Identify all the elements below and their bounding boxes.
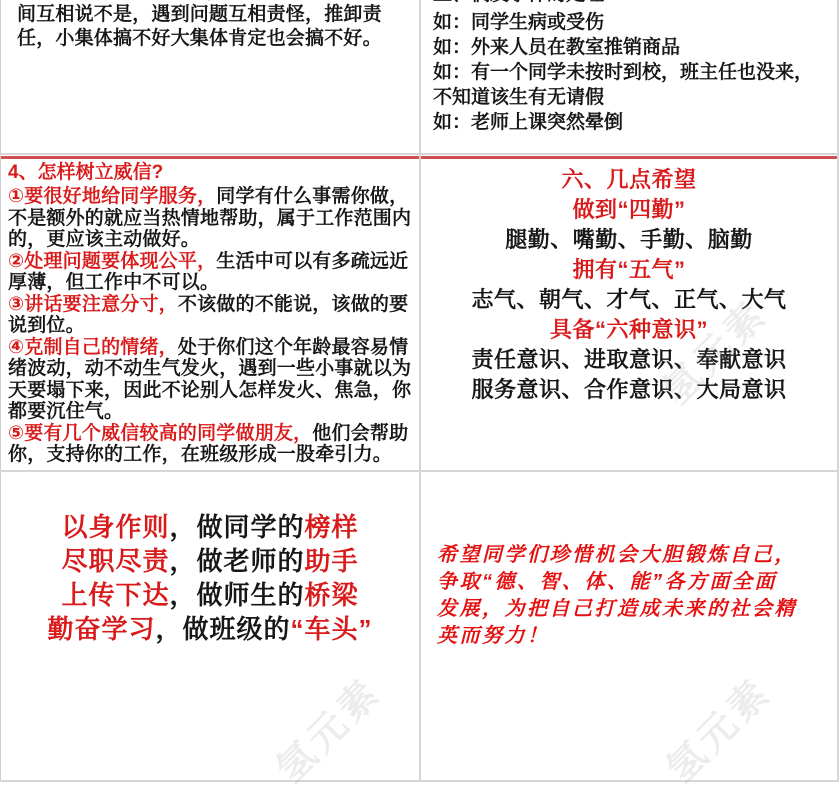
motto-line: 以身作则，做同学的榜样: [1, 510, 419, 544]
slide-thumbnail-middle-right[interactable]: 六、几点希望 做到“四勤” 腿勤、嘴勤、手勤、脑勤 拥有“五气” 志气、朝气、才…: [421, 156, 837, 470]
clipped-text-line: 五、偶发事件的处理: [421, 0, 837, 7]
slide-text-line: 腿勤、嘴勤、手勤、脑勤: [421, 225, 837, 255]
slide-text-line: 服务意识、合作意识、大局意识: [421, 375, 837, 405]
clipped-red-text: ③班干部之间要团结，: [39, 0, 226, 1]
calligraphy-line: 争取“德、智、体、能”各方面全面: [437, 569, 827, 596]
calligraphy-line: 发展，为把自己打造成未来的社会精: [437, 596, 827, 623]
slide-paragraph: 间互相说不是，遇到问题互相责怪，推卸责任，小集体搞不好大集体肯定也会搞不好。: [1, 3, 419, 51]
slide-subheading: 拥有“五气”: [421, 255, 837, 285]
example-item: 如：同学生病或受伤: [433, 10, 829, 35]
grid-vertical-divider: [419, 0, 421, 781]
numbered-point: ⑤要有几个威信较高的同学做朋友，他们会帮助你，支持你的工作，在班级形成一股牵引力…: [8, 423, 413, 466]
calligraphy-line: 英而努力！: [437, 623, 827, 650]
grid-right-edge: [837, 0, 839, 781]
motto-line: 上传下达，做师生的桥梁: [1, 578, 419, 612]
clipped-text-line: ③班干部之间要团结，不要在同学之: [1, 0, 419, 3]
slide-text-line: 责任意识、进取意识、奉献意识: [421, 345, 837, 375]
numbered-point: ③讲话要注意分寸，不该做的不能说，该做的要说到位。: [8, 294, 413, 337]
numbered-point: ④克制自己的情绪，处于你们这个年龄最容易情绪波动，动不动生气发火，遇到一些小事就…: [8, 337, 413, 423]
slide-thumbnail-bottom-right[interactable]: 希望同学们珍惜机会大胆锻炼自己， 争取“德、智、体、能”各方面全面 发展，为把自…: [421, 472, 837, 780]
numbered-point: ①要很好地给同学服务，同学有什么事需你做，不是额外的就应当热情地帮助，属于工作范…: [8, 186, 413, 251]
grid-horizontal-divider: [0, 153, 839, 155]
slide-subheading: 具备“六种意识”: [421, 315, 837, 345]
motto-line: 尽职尽责，做老师的助手: [1, 544, 419, 578]
example-item: 如：老师上课突然晕倒: [433, 110, 829, 135]
numbered-point: ②处理问题要体现公平，生活中可以有多疏远近厚薄，但工作中不可以。: [8, 251, 413, 294]
grid-left-edge: [0, 0, 1, 781]
slide-thumbnail-bottom-left[interactable]: 以身作则，做同学的榜样 尽职尽责，做老师的助手 上传下达，做师生的桥梁 勤奋学习…: [1, 472, 419, 780]
slide-accent-line: [1, 156, 419, 159]
slide-heading: 六、几点希望: [421, 165, 837, 195]
slide-subheading: 做到“四勤”: [421, 195, 837, 225]
grid-horizontal-divider: [0, 470, 839, 472]
grid-bottom-edge: [0, 780, 839, 782]
slide-accent-line: [421, 156, 837, 159]
slide-thumbnail-top-right[interactable]: 五、偶发事件的处理 如：同学生病或受伤 如：外来人员在教室推销商品 如：有一个同…: [421, 0, 837, 153]
slide-title: 4、怎样树立威信?: [8, 161, 413, 184]
clipped-heading-text: 五、偶发事件的处理: [433, 0, 837, 7]
clipped-black-text: 不要在同学之: [226, 0, 340, 1]
slide-text-line: 志气、朝气、才气、正气、大气: [421, 285, 837, 315]
example-item: 如：外来人员在教室推销商品: [433, 35, 829, 60]
motto-line: 勤奋学习，做班级的“车头”: [1, 612, 419, 646]
slide-thumbnail-top-left[interactable]: ③班干部之间要团结，不要在同学之 间互相说不是，遇到问题互相责怪，推卸责任，小集…: [1, 0, 419, 153]
slide-preview-grid: ③班干部之间要团结，不要在同学之 间互相说不是，遇到问题互相责怪，推卸责任，小集…: [0, 0, 840, 787]
slide-thumbnail-middle-left[interactable]: 4、怎样树立威信? ①要很好地给同学服务，同学有什么事需你做，不是额外的就应当热…: [1, 156, 419, 470]
example-item: 如：有一个同学未按时到校，班主任也没来，不知道该生有无请假: [433, 60, 829, 110]
calligraphy-line: 希望同学们珍惜机会大胆锻炼自己，: [437, 542, 827, 569]
